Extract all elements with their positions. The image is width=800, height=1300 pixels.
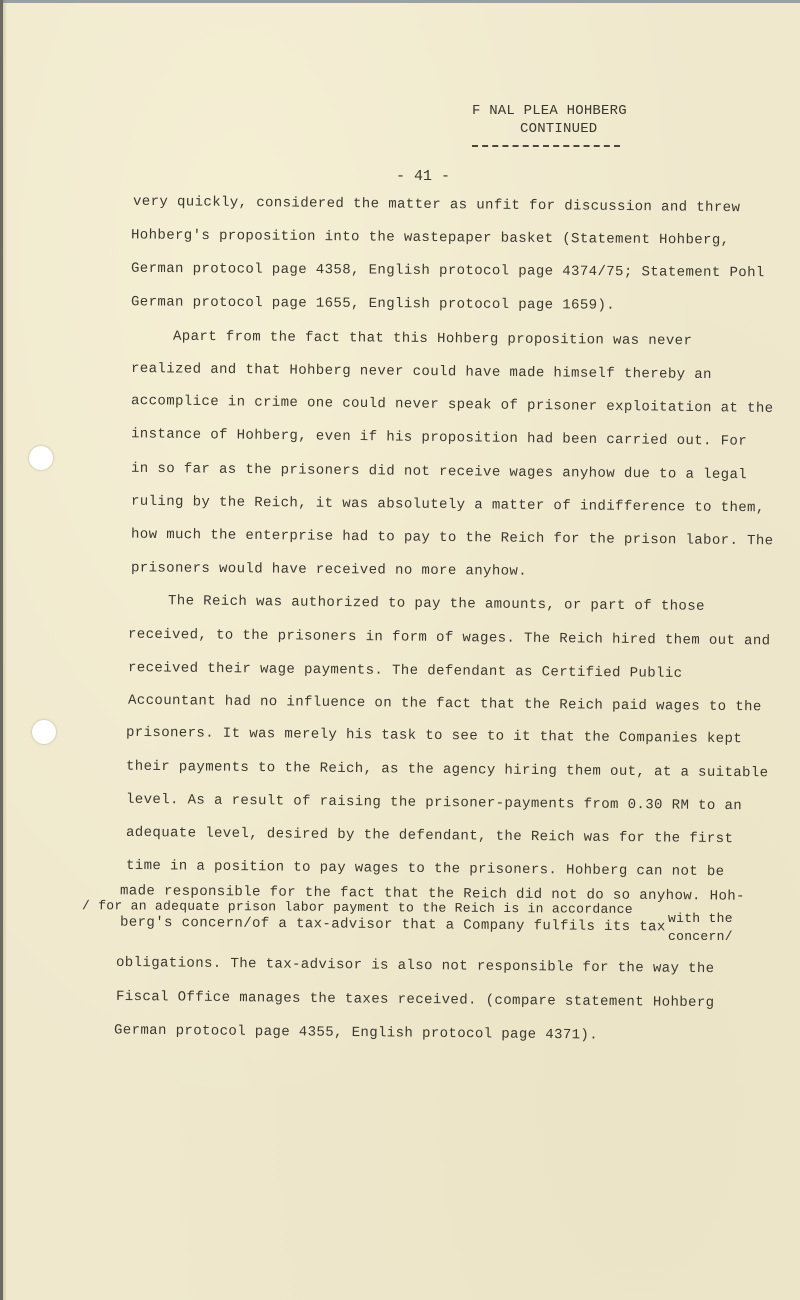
body-line: their payments to the Reich, as the agen… xyxy=(126,759,769,782)
body-line: German protocol page 1655, English proto… xyxy=(131,294,615,313)
insertion-continuation: concern/ xyxy=(668,930,733,944)
page-number: - 41 - xyxy=(396,168,450,185)
scan-top-edge xyxy=(0,0,800,3)
body-line: level. As a result of raising the prison… xyxy=(126,792,742,814)
body-line: in so far as the prisoners did not recei… xyxy=(131,461,747,483)
body-line: time in a position to pay wages to the p… xyxy=(126,858,725,880)
insertion-continuation: with the xyxy=(668,912,733,926)
punch-hole-icon xyxy=(29,446,53,470)
body-line: Accountant had no influence on the fact … xyxy=(128,693,762,716)
body-line: German protocol page 4358, English proto… xyxy=(131,261,765,281)
header-underline xyxy=(472,145,620,147)
body-line: Apart from the fact that this Hohberg pr… xyxy=(173,329,692,350)
body-line: Fiscal Office manages the taxes received… xyxy=(116,989,715,1011)
document-page: F NAL PLEA HOHBERG CONTINUED - 41 - very… xyxy=(0,0,800,1300)
punch-hole-icon xyxy=(32,720,56,744)
body-line: prisoners would have received no more an… xyxy=(131,560,527,579)
body-line: ruling by the Reich, it was absolutely a… xyxy=(131,494,765,517)
header-continued: CONTINUED xyxy=(472,120,627,138)
body-line: German protocol page 4355, English proto… xyxy=(114,1022,598,1043)
body-line: berg's concern/of a tax-advisor that a C… xyxy=(120,915,666,936)
body-line: obligations. The tax-advisor is also not… xyxy=(116,955,715,977)
document-header: F NAL PLEA HOHBERG CONTINUED xyxy=(472,102,627,138)
body-line: instance of Hohberg, even if his proposi… xyxy=(131,426,747,450)
body-line: adequate level, desired by the defendant… xyxy=(126,825,733,847)
body-line: how much the enterprise had to pay to th… xyxy=(131,527,774,550)
body-line: realized and that Hohberg never could ha… xyxy=(131,361,712,383)
body-line: accomplice in crime one could never spea… xyxy=(131,393,774,417)
body-line: received, to the prisoners in form of wa… xyxy=(128,627,771,650)
body-line: received their wage payments. The defend… xyxy=(128,660,683,682)
body-line: very quickly, considered the matter as u… xyxy=(133,194,740,216)
page-edge-shadow xyxy=(3,0,7,1300)
body-line: Hohberg's proposition into the wastepape… xyxy=(131,227,730,248)
body-line: The Reich was authorized to pay the amou… xyxy=(168,593,705,615)
header-title: F NAL PLEA HOHBERG xyxy=(472,102,627,120)
body-line: prisoners. It was merely his task to see… xyxy=(126,725,742,747)
